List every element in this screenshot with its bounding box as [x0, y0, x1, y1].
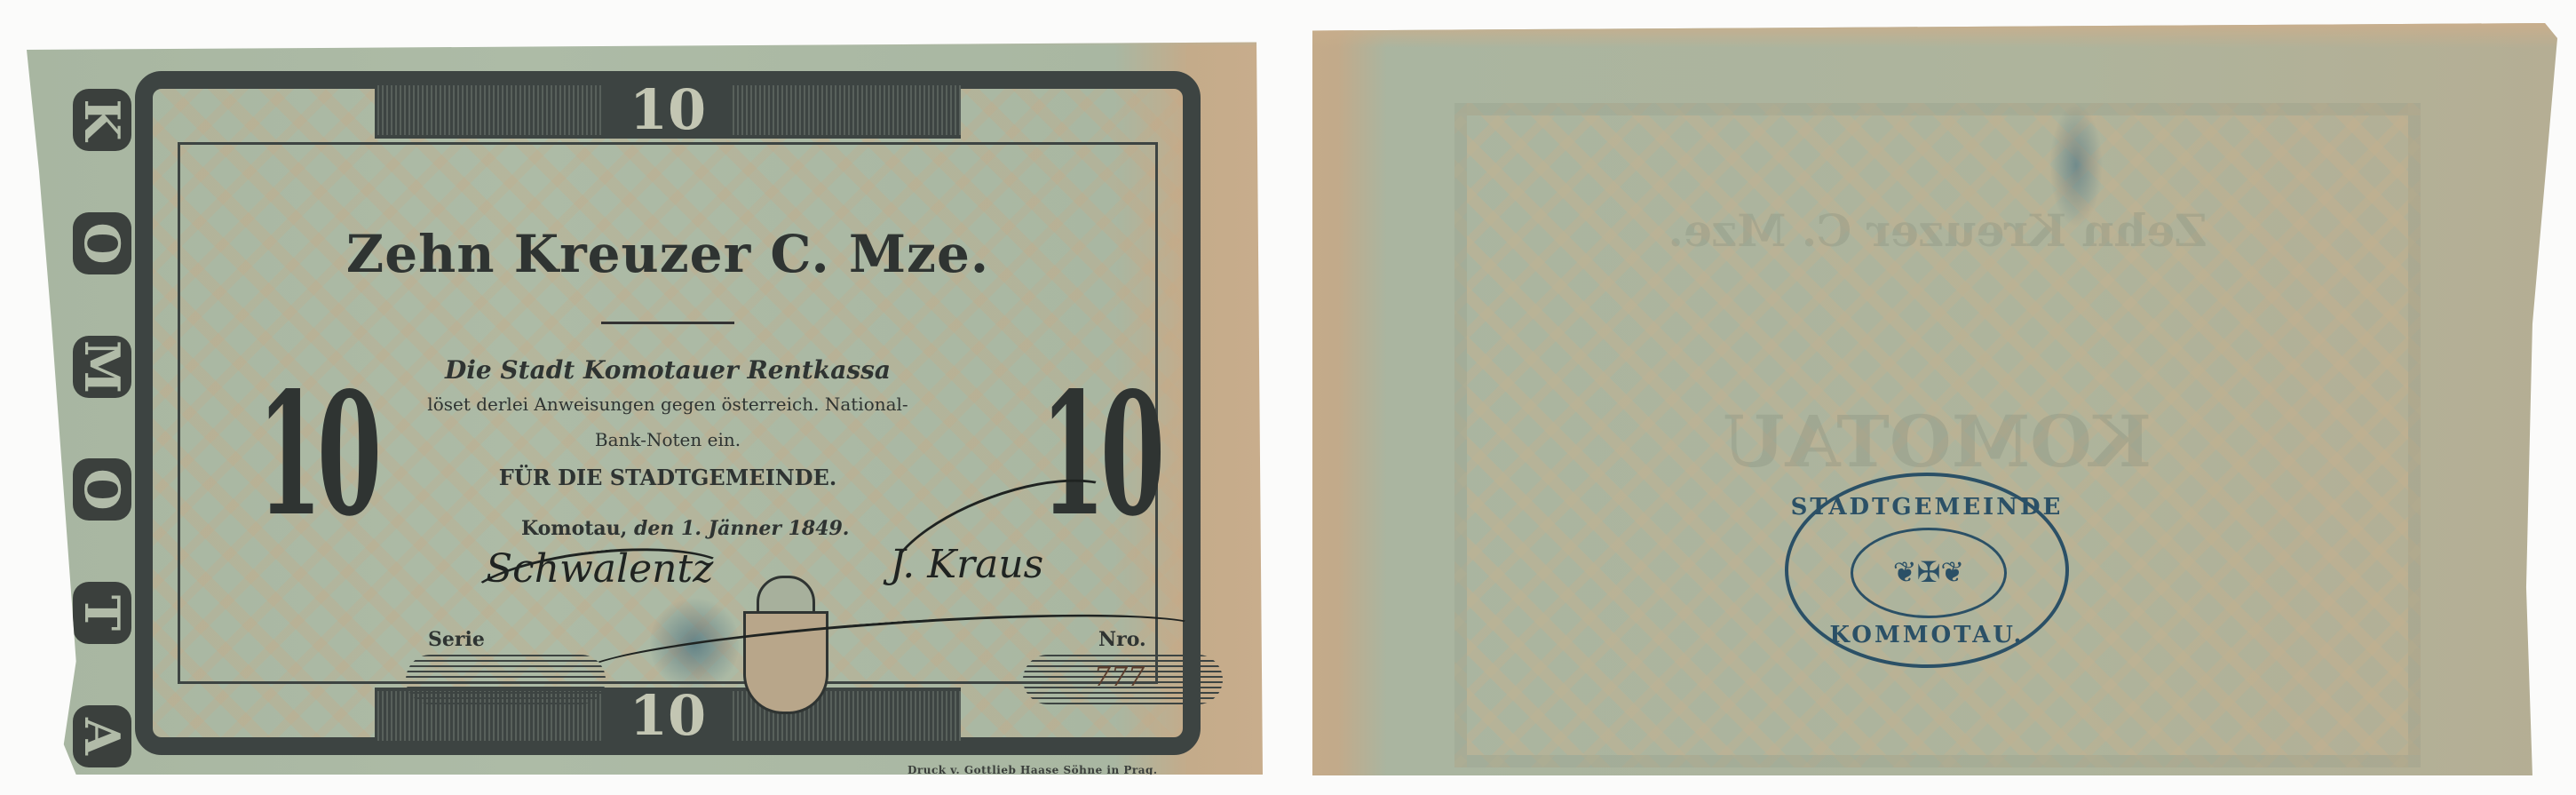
title-rule	[601, 322, 734, 324]
stub-vertical-lettering: K O M O T A	[71, 91, 133, 766]
stub-letter: M	[73, 336, 131, 398]
serie-label: Serie	[428, 628, 485, 651]
oval-stamp: STADTGEMEINDE ❦✠❦ KOMMOTAU.	[1785, 473, 2069, 668]
serie-field	[406, 655, 606, 704]
mirrored-title: Zehn Kreuzer C. Mze.	[1467, 204, 2408, 257]
stub-letter: T	[73, 582, 131, 644]
paper-edge-strip	[27, 20, 1263, 46]
signature-2: J. Kraus	[890, 542, 1043, 587]
printer-imprint: Druck v. Gottlieb Haase Söhne in Prag.	[908, 764, 1158, 776]
banknote-back: Zehn Kreuzer C. Mze. KOMOTAU STADTGEMEIN…	[1312, 23, 2557, 775]
bottom-denomination: 10	[603, 688, 733, 743]
ornamental-frame: 10 10 Zehn Kreuzer C. Mze. 10 10 Die Sta…	[135, 71, 1201, 755]
stamp-bottom-text: KOMMOTAU.	[1788, 622, 2065, 648]
top-denomination: 10	[603, 83, 733, 138]
ornament-icon: ❦✠❦	[1853, 555, 2004, 589]
paper-edge-strip	[1312, 23, 2557, 48]
text-line-3: Bank-Noten ein.	[419, 429, 916, 450]
date: den 1. Jänner 1849.	[634, 517, 849, 540]
note-title: Zehn Kreuzer C. Mze.	[153, 224, 1183, 284]
authority-line: FÜR DIE STADTGEMEINDE.	[419, 465, 916, 490]
note-text-block: Die Stadt Komotauer Rentkassa löset derl…	[419, 355, 916, 490]
issuer-line: Die Stadt Komotauer Rentkassa	[419, 355, 916, 385]
text-line-2: löset derlei Anweisungen gegen österreic…	[419, 394, 916, 415]
signature-1: Schwalentz	[486, 546, 713, 592]
stamp-inner-oval: ❦✠❦	[1851, 528, 2007, 618]
place: Komotau,	[521, 517, 627, 540]
left-large-denomination: 10	[258, 355, 376, 553]
show-through-print: Zehn Kreuzer C. Mze. KOMOTAU	[1454, 103, 2421, 767]
mirrored-city: KOMOTAU	[1467, 400, 2408, 483]
handwritten-serial: 777	[1094, 662, 1145, 693]
stub-letter: O	[73, 212, 131, 274]
blue-ink-mark	[2049, 103, 2103, 227]
top-value-band: 10	[375, 82, 961, 139]
stamp-top-text: STADTGEMEINDE	[1788, 494, 2065, 521]
stub-letter: A	[73, 705, 131, 767]
banknote-front: K O M O T A 10 10 Zehn Kreuzer C. Mze. 1…	[27, 20, 1263, 775]
stub-letter: K	[73, 89, 131, 151]
place-date-line: Komotau, den 1. Jänner 1849.	[521, 517, 849, 540]
stub-letter: O	[73, 458, 131, 521]
